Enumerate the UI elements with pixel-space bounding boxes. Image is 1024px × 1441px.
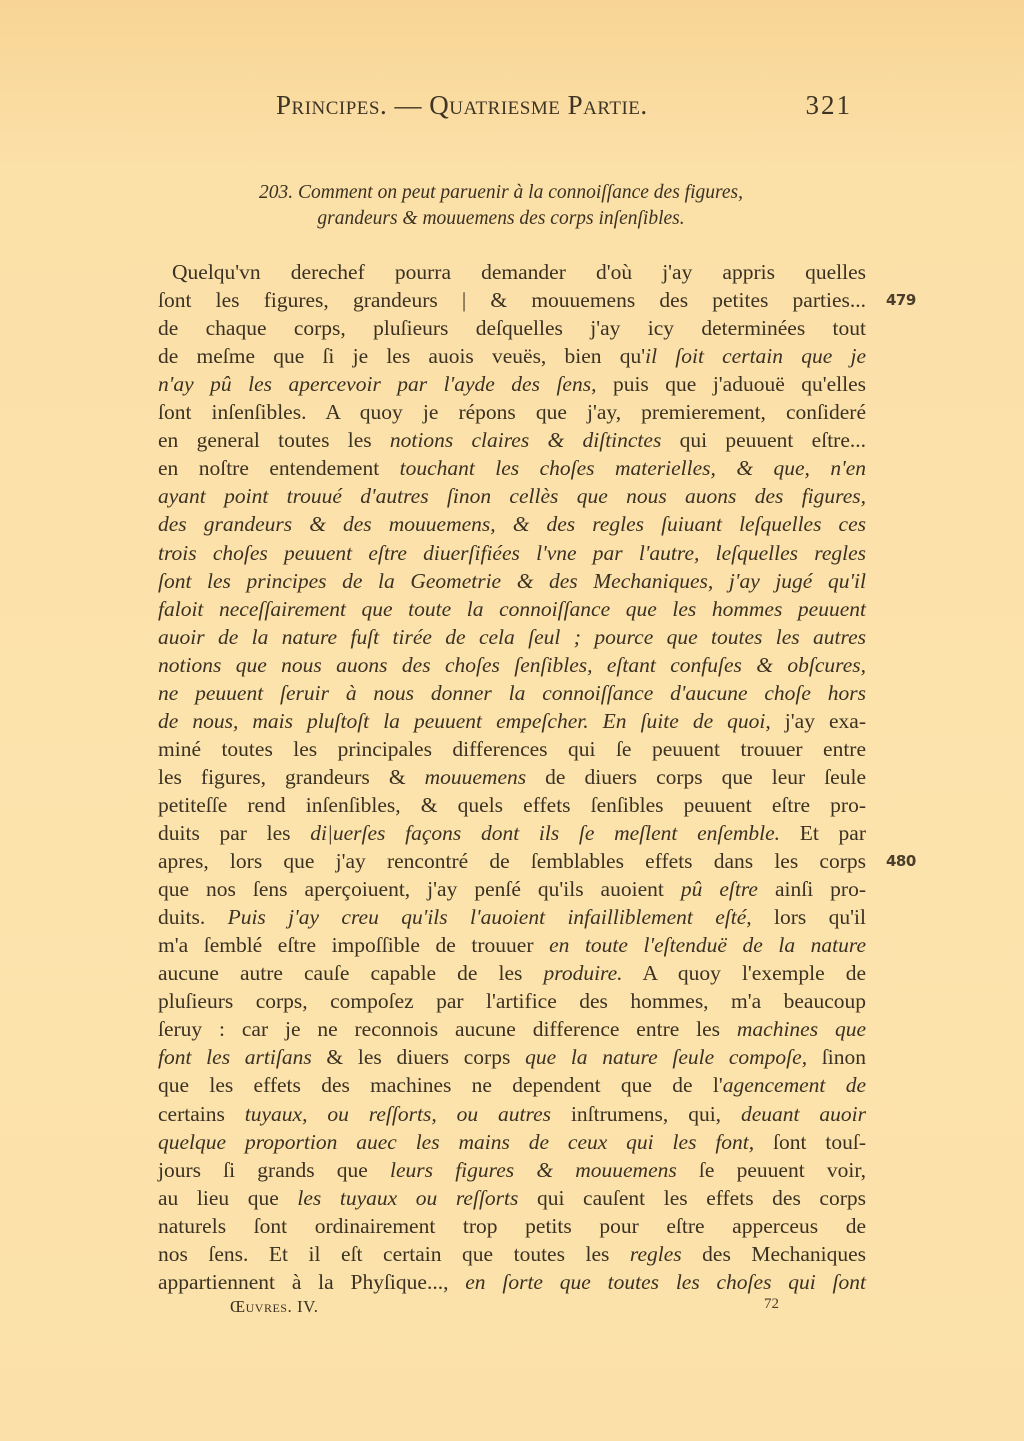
roman-run: & les diuers corps: [312, 1045, 525, 1069]
text-line: notions que nous auons des choſes ſenſib…: [158, 651, 866, 679]
roman-run: aucune autre cauſe capable de les: [158, 961, 544, 985]
text-line: n'ay pû les apercevoir par l'ayde des ſe…: [158, 370, 866, 398]
roman-run: ſont inſenſibles. A quoy je répons que j…: [158, 400, 866, 424]
roman-run: Quelqu'vn derechef pourra demander d'où …: [172, 260, 866, 284]
roman-run: petiteſſe rend inſenſibles, & quels effe…: [158, 793, 866, 817]
roman-run: ſeruy : car je ne reconnois aucune diffe…: [158, 1017, 737, 1041]
italic-run: leurs figures & mouuemens: [390, 1158, 677, 1182]
text-line: ſont les principes de la Geometrie & des…: [158, 567, 866, 595]
italic-run: de nous, mais pluſtoſt la peuuent empeſc…: [158, 709, 771, 733]
text-line: ayant point trouué d'autres ſinon cellès…: [158, 482, 866, 510]
roman-run: duits.: [158, 905, 228, 929]
italic-run: auoir de la nature fuſt tirée de cela ſe…: [158, 625, 866, 649]
italic-run: ſont les principes de la Geometrie & des…: [158, 569, 866, 593]
text-line: les figures, grandeurs & mouuemens de di…: [158, 763, 866, 791]
text-line: petiteſſe rend inſenſibles, & quels effe…: [158, 791, 866, 819]
section-heading: 203. Comment on peut paruenir à la conno…: [196, 180, 806, 232]
text-line: faloit neceſſairement que toute la conno…: [158, 595, 866, 623]
roman-run: ſont touſ-: [754, 1130, 866, 1154]
italic-run: produire.: [544, 961, 623, 985]
roman-run: apres, lors que j'ay rencontré de ſembla…: [158, 849, 866, 873]
italic-run: machines que: [737, 1017, 866, 1041]
roman-run: des Mechaniques: [682, 1242, 866, 1266]
italic-run: ne peuuent ſeruir à nous donner la conno…: [158, 681, 866, 705]
roman-run: naturels ſont ordinairement trop petits …: [158, 1214, 866, 1238]
italic-run: des grandeurs & des mouuemens, & des reg…: [158, 512, 866, 536]
text-line: de chaque corps, pluſieurs deſquelles j'…: [158, 314, 866, 342]
roman-run: duits par les: [158, 821, 310, 845]
roman-run: appartiennent à la Phyſique...,: [158, 1270, 465, 1294]
text-line: que nos ſens aperçoiuent, j'ay penſé qu'…: [158, 875, 866, 903]
roman-run: ſinon: [807, 1045, 866, 1069]
text-line: en noſtre entendement touchant les choſe…: [158, 454, 866, 482]
roman-run: m'a ſemblé eſtre impoſſible de trouuer: [158, 933, 549, 957]
roman-run: j'ay exa-: [771, 709, 866, 733]
text-line: duits par les di|uerſes façons dont ils …: [158, 819, 866, 847]
italic-run: quelque proportion auec les mains de ceu…: [158, 1130, 754, 1154]
italic-run: que la nature ſeule compoſe,: [525, 1045, 807, 1069]
text-line: pluſieurs corps, compoſez par l'artifice…: [158, 987, 866, 1015]
italic-run: n'ay pû les apercevoir par l'ayde des ſe…: [158, 372, 596, 396]
italic-run: font les artiſans: [158, 1045, 312, 1069]
footer-sheet-number: 72: [764, 1296, 779, 1313]
italic-run: touchant les choſes materielles, & que, …: [400, 456, 866, 480]
text-line: des grandeurs & des mouuemens, & des reg…: [158, 510, 866, 538]
text-line: apres, lors que j'ay rencontré de ſembla…: [158, 847, 866, 875]
italic-run: les tuyaux ou reſſorts: [297, 1186, 518, 1210]
text-line: naturels ſont ordinairement trop petits …: [158, 1212, 866, 1240]
italic-run: agencement de: [723, 1073, 866, 1097]
roman-run: ſe peuuent voir,: [677, 1158, 866, 1182]
italic-run: trois choſes peuuent eſtre diuerſifiées …: [158, 541, 866, 565]
text-line: aucune autre cauſe capable de les produi…: [158, 959, 866, 987]
text-line: Quelqu'vn derechef pourra demander d'où …: [172, 258, 866, 286]
roman-run: en general toutes les: [158, 428, 390, 452]
text-line: jours ſi grands que leurs figures & mouu…: [158, 1156, 866, 1184]
text-line: ſont inſenſibles. A quoy je répons que j…: [158, 398, 866, 426]
italic-run: di|uerſes façons dont ils ſe meſlent enſ…: [310, 821, 780, 845]
section-heading-line-2: grandeurs & mouuemens des corps inſenſib…: [196, 206, 806, 232]
italic-run: notions claires & diſtinctes: [390, 428, 661, 452]
text-line: ſont les figures, grandeurs | & mouuemen…: [158, 286, 866, 314]
page-number: 321: [806, 90, 853, 121]
roman-run: pluſieurs corps, compoſez par l'artifice…: [158, 989, 866, 1013]
text-line: trois choſes peuuent eſtre diuerſifiées …: [158, 539, 866, 567]
running-head-title: Principes. — Quatriesme Partie.: [276, 90, 648, 121]
italic-run: ayant point trouué d'autres ſinon cellès…: [158, 484, 866, 508]
italic-run: en ſorte que toutes les choſes qui ſont: [465, 1270, 866, 1294]
roman-run: les figures, grandeurs &: [158, 765, 425, 789]
text-line: auoir de la nature fuſt tirée de cela ſe…: [158, 623, 866, 651]
running-head: Principes. — Quatriesme Partie. 321: [276, 86, 856, 126]
roman-run: qui cauſent les effets des corps: [518, 1186, 866, 1210]
text-line: que les effets des machines ne dependent…: [158, 1071, 866, 1099]
roman-run: Et par: [780, 821, 866, 845]
roman-run: miné toutes les principales differences …: [158, 737, 866, 761]
italic-run: il ſoit certain que je: [645, 344, 866, 368]
italic-run: mouuemens: [425, 765, 527, 789]
roman-run: inſtrumens, qui,: [551, 1102, 741, 1126]
text-line: de meſme que ſi je les auois veuës, bien…: [158, 342, 866, 370]
roman-run: lors qu'il: [752, 905, 866, 929]
book-page: Principes. — Quatriesme Partie. 321 203.…: [0, 0, 1024, 1441]
text-line: font les artiſans & les diuers corps que…: [158, 1043, 866, 1071]
roman-run: ainſi pro-: [758, 877, 866, 901]
roman-run: A quoy l'exemple de: [623, 961, 866, 985]
text-line: duits. Puis j'ay creu qu'ils l'auoient i…: [158, 903, 866, 931]
italic-run: pû eſtre: [681, 877, 758, 901]
text-line: de nous, mais pluſtoſt la peuuent empeſc…: [158, 707, 866, 735]
roman-run: puis que j'aduouë qu'elles: [596, 372, 866, 396]
text-line: en general toutes les notions claires & …: [158, 426, 866, 454]
roman-run: qui peuuent eſtre...: [661, 428, 866, 452]
roman-run: de chaque corps, pluſieurs deſquelles j'…: [158, 316, 866, 340]
roman-run: de diuers corps que leur ſeule: [526, 765, 866, 789]
roman-run: que nos ſens aperçoiuent, j'ay penſé qu'…: [158, 877, 681, 901]
text-line: ne peuuent ſeruir à nous donner la conno…: [158, 679, 866, 707]
text-line: miné toutes les principales differences …: [158, 735, 866, 763]
italic-run: deuant auoir: [741, 1102, 866, 1126]
roman-run: que les effets des machines ne dependent…: [158, 1073, 723, 1097]
text-line: quelque proportion auec les mains de ceu…: [158, 1128, 866, 1156]
italic-run: faloit neceſſairement que toute la conno…: [158, 597, 866, 621]
italic-run: notions que nous auons des choſes ſenſib…: [158, 653, 866, 677]
roman-run: au lieu que: [158, 1186, 297, 1210]
roman-run: jours ſi grands que: [158, 1158, 390, 1182]
text-line: certains tuyaux, ou reſſorts, ou autres …: [158, 1100, 866, 1128]
roman-run: en noſtre entendement: [158, 456, 400, 480]
text-line: m'a ſemblé eſtre impoſſible de trouuer e…: [158, 931, 866, 959]
footer-signature: Œuvres. IV.: [230, 1297, 318, 1317]
text-line: appartiennent à la Phyſique..., en ſorte…: [158, 1268, 866, 1296]
text-line: au lieu que les tuyaux ou reſſorts qui c…: [158, 1184, 866, 1212]
italic-run: Puis j'ay creu qu'ils l'auoient infailli…: [228, 905, 752, 929]
italic-run: tuyaux, ou reſſorts, ou autres: [245, 1102, 551, 1126]
text-line: ſeruy : car je ne reconnois aucune diffe…: [158, 1015, 866, 1043]
roman-run: certains: [158, 1102, 245, 1126]
roman-run: ſont les figures, grandeurs | & mouuemen…: [158, 288, 866, 312]
section-heading-line-1: 203. Comment on peut paruenir à la conno…: [196, 180, 806, 206]
margin-line-number: 479: [886, 291, 916, 309]
margin-line-number: 480: [886, 852, 916, 870]
italic-run: en toute l'eſtenduë de la nature: [549, 933, 866, 957]
roman-run: nos ſens. Et il eſt certain que toutes l…: [158, 1242, 630, 1266]
text-line: nos ſens. Et il eſt certain que toutes l…: [158, 1240, 866, 1268]
roman-run: de meſme que ſi je les auois veuës, bien…: [158, 344, 645, 368]
italic-run: regles: [630, 1242, 682, 1266]
